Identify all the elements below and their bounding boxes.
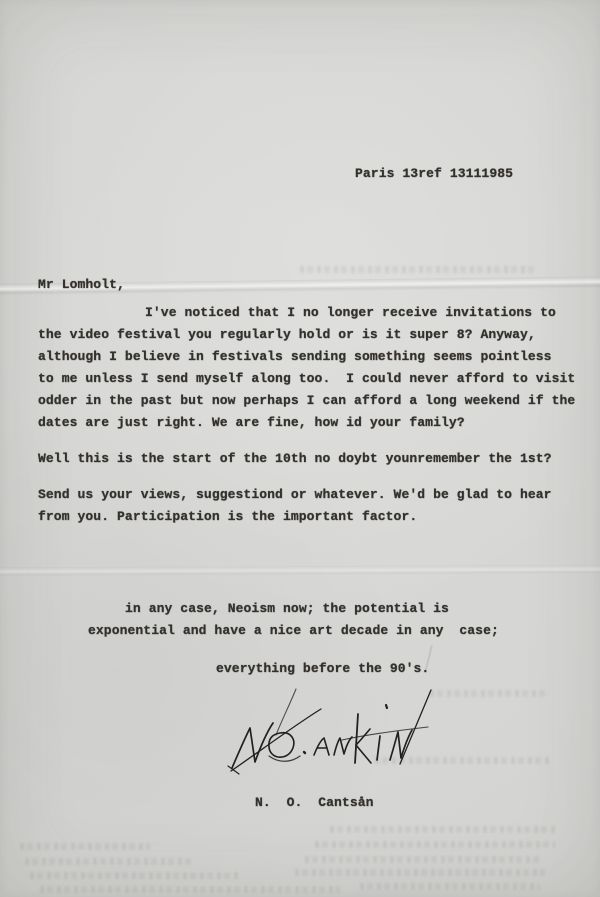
- bleedthrough-line: [315, 841, 555, 848]
- body-line: although I believe in festivals sending …: [38, 349, 552, 364]
- lower-fold-crease: [0, 565, 600, 577]
- body-line: odder in the past but now perhaps I can …: [38, 393, 575, 408]
- closing-line: in any case, Neoism now; the potential i…: [125, 601, 449, 616]
- bleedthrough-line: [295, 869, 545, 876]
- body-line: Send us your views, suggestiond or whate…: [38, 487, 552, 502]
- bleedthrough-line: [300, 266, 535, 273]
- body-line: the video festival you regularly hold or…: [38, 327, 536, 342]
- signature-scrawl-svg: [192, 682, 492, 792]
- bleedthrough-line: [25, 858, 195, 865]
- dateline: Paris 13ref 13111985: [355, 166, 513, 181]
- letter-photo: Paris 13ref 13111985 Mr Lomholt, I've no…: [0, 0, 600, 897]
- body-line: Well this is the start of the 10th no do…: [38, 451, 552, 466]
- bleedthrough-line: [305, 856, 540, 863]
- bleedthrough-line: [20, 843, 150, 850]
- body-line: from you. Participation is the important…: [38, 509, 417, 524]
- salutation: Mr Lomholt,: [38, 277, 125, 292]
- bleedthrough-line: [330, 826, 555, 833]
- bleedthrough-line: [40, 886, 340, 893]
- body-line: to me unless I send myself along too. I …: [38, 371, 575, 386]
- handwritten-signature: [192, 682, 492, 792]
- body-line: dates are just right. We are fine, how i…: [38, 415, 465, 430]
- bleedthrough-line: [360, 883, 540, 890]
- bleedthrough-line: [30, 872, 240, 879]
- typed-signature-name: N. O. Cantsån: [255, 795, 374, 810]
- body-line: I've noticed that I no longer receive in…: [145, 305, 556, 320]
- closing-line: exponential and have a nice art decade i…: [88, 623, 499, 638]
- closing-line: everything before the 90's.: [216, 661, 429, 676]
